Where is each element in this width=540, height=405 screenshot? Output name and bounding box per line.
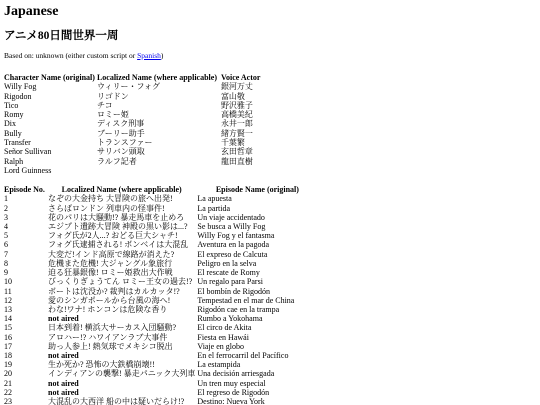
character-name-localized: トランスファー [97,138,219,147]
character-name-original: Bully [4,129,95,138]
table-row: 8危機また危機! 大ジャングル象旅行Peligro en la selva [4,259,317,268]
episode-name-localized: 助っ人参上! 熱気球でメキシコ脱出 [48,342,195,351]
episode-number: 5 [4,231,46,240]
episode-number: 10 [4,277,46,286]
episode-number: 19 [4,360,46,369]
episode-number: 13 [4,305,46,314]
episode-name-localized: 迫る狂暴銀像! ロミー姫救出大作戦 [48,268,195,277]
voice-actor-name: 玄田哲章 [221,147,281,156]
table-row: 13わな!ワナ! ホンコンは危険な香りRigodón cae en la tra… [4,305,317,314]
episode-name-original: Rigodón cae en la trampa [197,305,317,314]
table-row: 2さらばロンドン 列車内の怪事件!La partida [4,204,317,213]
episode-number: 21 [4,379,46,388]
based-on-prefix: Based on: unknown (either custom script … [4,51,137,60]
character-table-header-row: Character Name (original) Localized Name… [4,73,281,82]
table-row: Lord Guinness [4,166,281,175]
table-row: Ticoチコ野沢雅子 [4,101,281,110]
character-name-original: Rigodon [4,92,95,101]
character-name-localized: ロミー姫 [97,110,219,119]
character-name-localized: ウィリー・フォグ [97,82,219,91]
table-row: 12愛のシンガポールから台風の海へ!Tempestad en el mar de… [4,296,317,305]
table-row: 14not airedRumbo a Yokohama [4,314,317,323]
character-name-original: Dix [4,119,95,128]
voice-actor-name: 富山敬 [221,92,281,101]
episode-number: 16 [4,333,46,342]
episode-number: 23 [4,397,46,405]
episode-number: 12 [4,296,46,305]
table-row: Transferトランスファー千葉繁 [4,138,281,147]
character-col-localized-header: Localized Name (where applicable) [97,73,219,82]
voice-actor-name: 銀河万丈 [221,82,281,91]
table-row: 20インディアンの襲撃! 暴走パニック大列車Una decisión arrie… [4,369,317,378]
episode-name-localized: ボートは沈没か? 裁判はカルカッタ!? [48,287,195,296]
page: Japanese アニメ80日間世界一周 Based on: unknown (… [0,4,540,405]
episode-name-original: La partida [197,204,317,213]
episode-name-original: El regreso de Rigodón [197,388,317,397]
table-row: Bullyブーリー助手緒方賢一 [4,129,281,138]
episode-col-number-header: Episode No. [4,185,46,194]
character-col-original-header: Character Name (original) [4,73,95,82]
episode-table: Episode No. Localized Name (where applic… [2,185,319,405]
episode-name-original: La apuesta [197,194,317,203]
character-name-localized: ラルフ記者 [97,157,219,166]
episode-name-localized: びっくりぎょうてん ロミー王女の過去!? [48,277,195,286]
episode-number: 18 [4,351,46,360]
character-name-localized: ディスク刑事 [97,119,219,128]
character-name-original: Willy Fog [4,82,95,91]
character-name-localized [97,166,219,175]
episode-col-original-header: Episode Name (original) [197,185,317,194]
table-row: 22not airedEl regreso de Rigodón [4,388,317,397]
episode-name-localized: 日本到着! 横浜大サーカス入団騒動? [48,323,195,332]
episode-name-localized: フォグ氏逮捕される! ボンベイは大混乱 [48,240,195,249]
character-name-localized: チコ [97,101,219,110]
episode-name-localized: 生か死か? 恐怖の大鉄橋崩壊!! [48,360,195,369]
episode-name-localized: さらばロンドン 列車内の怪事件! [48,204,195,213]
episode-name-localized: エジプト遺跡大冒険 神殿の黒い影は...? [48,222,195,231]
table-row: 17助っ人参上! 熱気球でメキシコ脱出Viaje en globo [4,342,317,351]
voice-actor-name: 緒方賢一 [221,129,281,138]
episode-number: 2 [4,204,46,213]
episode-name-original: Tempestad en el mar de China [197,296,317,305]
series-title-japanese: アニメ80日間世界一周 [4,30,540,43]
episode-name-original: El expreso de Calcuta [197,250,317,259]
episode-name-original: Un regalo para Parsi [197,277,317,286]
episode-name-original: En el ferrocarril del Pacífico [197,351,317,360]
episode-name-original: El bombín de Rigodón [197,287,317,296]
episode-name-original: Destino: Nueva York [197,397,317,405]
based-on-suffix: ) [161,51,164,60]
episode-name-localized: 危機また危機! 大ジャングル象旅行 [48,259,195,268]
character-name-original: Transfer [4,138,95,147]
voice-actor-name [221,166,281,175]
table-row: 11ボートは沈没か? 裁判はカルカッタ!?El bombín de Rigodó… [4,287,317,296]
character-name-original: Tico [4,101,95,110]
character-name-localized: ブーリー助手 [97,129,219,138]
episode-table-header-row: Episode No. Localized Name (where applic… [4,185,317,194]
table-row: 4エジプト遺跡大冒険 神殿の黒い影は...?Se busca a Willy F… [4,222,317,231]
voice-actor-name: 永井一郎 [221,119,281,128]
based-on-line: Based on: unknown (either custom script … [4,51,540,60]
episode-number: 20 [4,369,46,378]
episode-number: 14 [4,314,46,323]
voice-actor-name: 千葉繁 [221,138,281,147]
character-table: Character Name (original) Localized Name… [2,73,283,175]
episode-name-localized: フォグ氏が2人...? おどる巨大シャチ! [48,231,195,240]
table-row: Dixディスク刑事永井一郎 [4,119,281,128]
episode-name-localized: なぞの大金持ち 大冒険の旅へ出発! [48,194,195,203]
episode-number: 4 [4,222,46,231]
character-name-original: Señor Sullivan [4,147,95,156]
episode-name-localized: アロハー!? ハワイアンラブ大事件 [48,333,195,342]
character-name-localized: リゴドン [97,92,219,101]
episode-name-original: Viaje en globo [197,342,317,351]
episode-col-localized-header: Localized Name (where applicable) [48,185,195,194]
episode-name-original: La estampida [197,360,317,369]
episode-name-original: Fiesta en Hawái [197,333,317,342]
episode-name-original: Willy Fog y el fantasma [197,231,317,240]
episode-name-original: Una decisión arriesgada [197,369,317,378]
episode-number: 7 [4,250,46,259]
table-row: 15日本到着! 横浜大サーカス入団騒動?El circo de Akita [4,323,317,332]
episode-name-original: Rumbo a Yokohama [197,314,317,323]
character-name-original: Lord Guinness [4,166,95,175]
episode-name-original: Aventura en la pagoda [197,240,317,249]
voice-actor-name: 野沢雅子 [221,101,281,110]
episode-number: 11 [4,287,46,296]
episode-number: 22 [4,388,46,397]
table-row: 21not airedUn tren muy especial [4,379,317,388]
episode-number: 8 [4,259,46,268]
episode-name-localized: 愛のシンガポールから台風の海へ! [48,296,195,305]
table-row: Señor Sullivanサリバン頭取玄田哲章 [4,147,281,156]
episode-name-localized: 大変だ!インド高原で線路が消えた? [48,250,195,259]
table-row: Willy Fogウィリー・フォグ銀河万丈 [4,82,281,91]
episode-name-localized: not aired [48,379,195,388]
table-row: Rigodonリゴドン富山敬 [4,92,281,101]
episode-name-original: El rescate de Romy [197,268,317,277]
page-title: Japanese [4,4,540,19]
table-row: 1なぞの大金持ち 大冒険の旅へ出発!La apuesta [4,194,317,203]
episode-name-original: Peligro en la selva [197,259,317,268]
spanish-link[interactable]: Spanish [137,51,161,60]
episode-name-localized: not aired [48,388,195,397]
table-row: 9迫る狂暴銀像! ロミー姫救出大作戦El rescate de Romy [4,268,317,277]
episode-name-localized: わな!ワナ! ホンコンは危険な香り [48,305,195,314]
table-row: 23大混乱の大西洋 船の中は疑いだらけ!?Destino: Nueva York [4,397,317,405]
episode-number: 1 [4,194,46,203]
table-row: 5フォグ氏が2人...? おどる巨大シャチ!Willy Fog y el fan… [4,231,317,240]
character-name-original: Romy [4,110,95,119]
table-row: 7大変だ!インド高原で線路が消えた?El expreso de Calcuta [4,250,317,259]
table-row: Romyロミー姫高橋美紀 [4,110,281,119]
character-col-voice-actor-header: Voice Actor [221,73,281,82]
character-name-localized: サリバン頭取 [97,147,219,156]
character-name-original: Ralph [4,157,95,166]
episode-name-original: Un viaje accidentado [197,213,317,222]
episode-number: 9 [4,268,46,277]
episode-number: 6 [4,240,46,249]
table-row: 18not airedEn el ferrocarril del Pacífic… [4,351,317,360]
episode-name-original: Un tren muy especial [197,379,317,388]
table-row: 6フォグ氏逮捕される! ボンベイは大混乱Aventura en la pagod… [4,240,317,249]
episode-name-original: El circo de Akita [197,323,317,332]
voice-actor-name: 高橋美紀 [221,110,281,119]
episode-name-localized: not aired [48,314,195,323]
episode-name-original: Se busca a Willy Fog [197,222,317,231]
episode-name-localized: 花のパリは大騒動!? 暴走馬車を止めろ [48,213,195,222]
episode-name-localized: not aired [48,351,195,360]
episode-name-localized: インディアンの襲撃! 暴走パニック大列車 [48,369,195,378]
table-row: 19生か死か? 恐怖の大鉄橋崩壊!!La estampida [4,360,317,369]
voice-actor-name: 龍田直樹 [221,157,281,166]
episode-number: 15 [4,323,46,332]
table-row: Ralphラルフ記者龍田直樹 [4,157,281,166]
table-row: 16アロハー!? ハワイアンラブ大事件Fiesta en Hawái [4,333,317,342]
table-row: 10びっくりぎょうてん ロミー王女の過去!?Un regalo para Par… [4,277,317,286]
episode-name-localized: 大混乱の大西洋 船の中は疑いだらけ!? [48,397,195,405]
table-row: 3花のパリは大騒動!? 暴走馬車を止めろUn viaje accidentado [4,213,317,222]
episode-number: 3 [4,213,46,222]
episode-number: 17 [4,342,46,351]
